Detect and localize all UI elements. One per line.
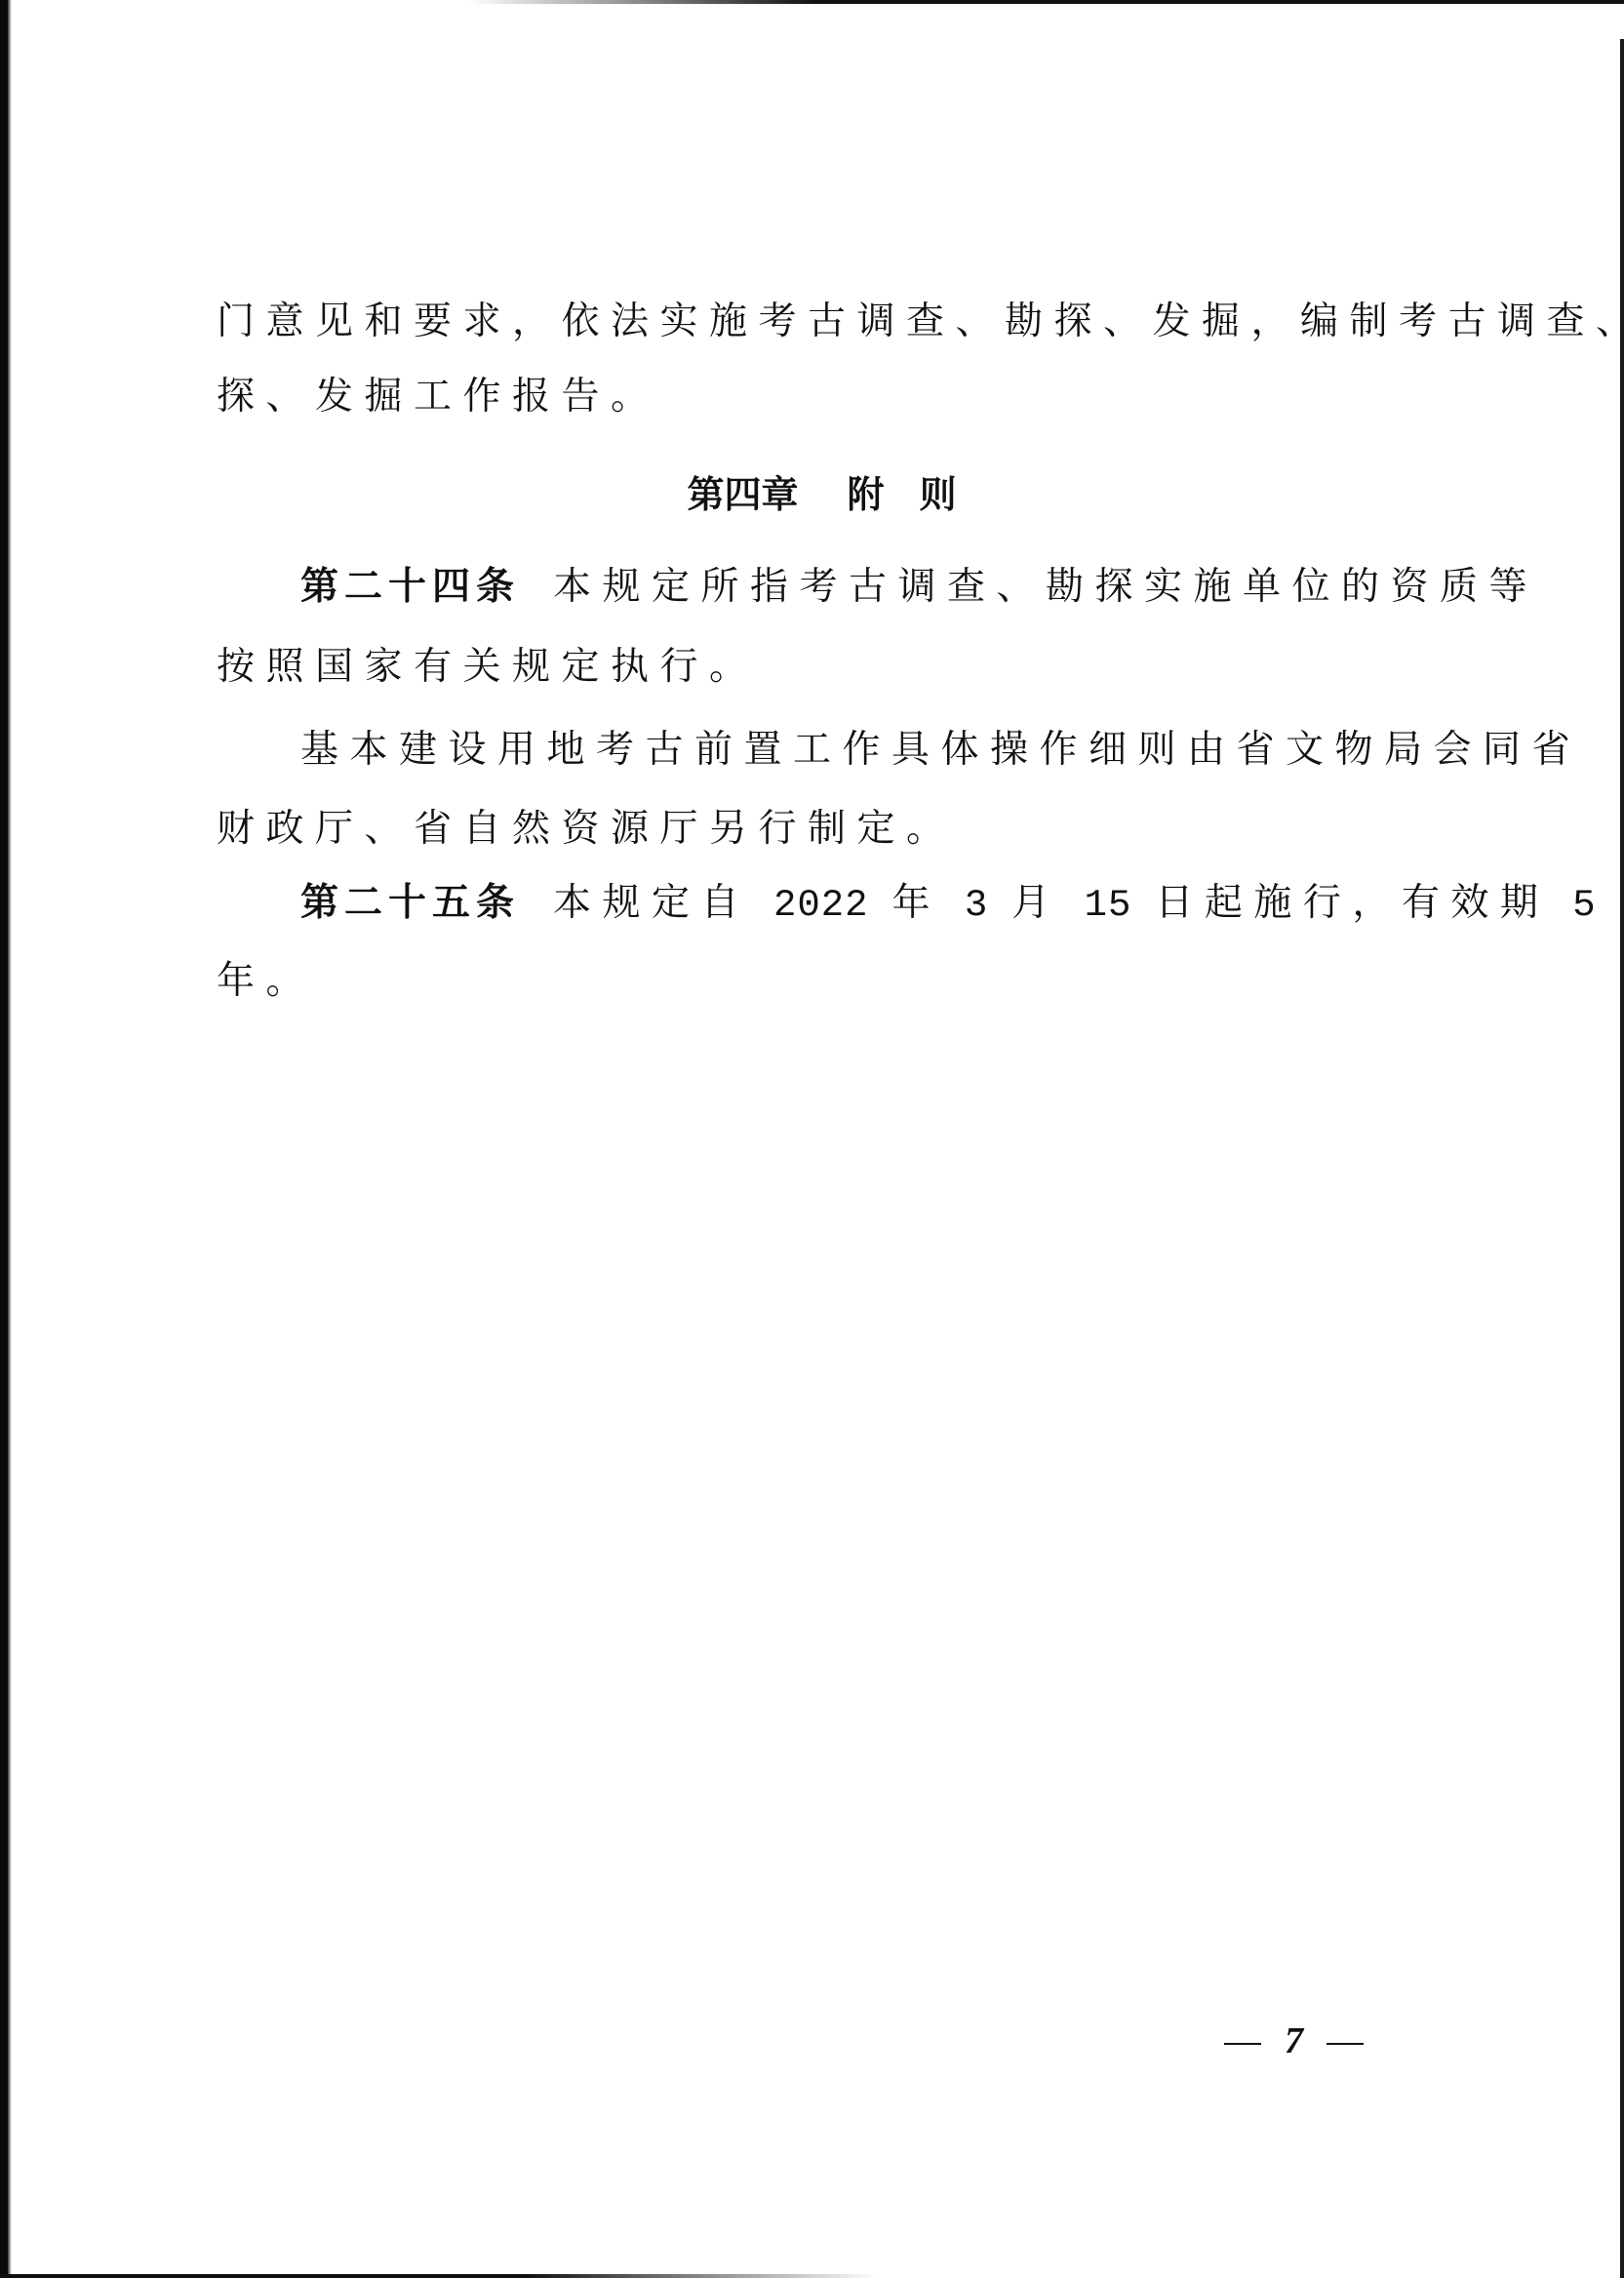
effective-year: 2022 — [773, 884, 869, 927]
article-25-line-1: 第二十五条本规定自 2022 年 3 月 15 日起施行，有效期 5 — [300, 880, 1597, 929]
continuation-line-1: 门意见和要求，依法实施考古调查、勘探、发掘，编制考古调查、勘 — [217, 299, 1624, 345]
page-number-value: 7 — [1285, 2020, 1303, 2061]
article-25-label: 第二十五条 — [300, 881, 520, 925]
article-25-line-2: 年。 — [217, 958, 315, 1005]
chapter-heading: 第四章附则 — [0, 471, 1624, 518]
article-25-text-pre: 本规定自 — [553, 881, 750, 925]
effective-day: 15 — [1085, 884, 1132, 927]
dash-left — [1224, 2043, 1261, 2045]
chapter-title-part2: 则 — [920, 473, 957, 516]
article-24-line-2: 按照国家有关规定执行。 — [217, 644, 759, 691]
paragraph-line-1: 基本建设用地考古前置工作具体操作细则由省文物局会同省 — [300, 727, 1581, 774]
continuation-line-2: 探、发掘工作报告。 — [217, 374, 660, 420]
document-page: 门意见和要求，依法实施考古调查、勘探、发掘，编制考古调查、勘 探、发掘工作报告。… — [0, 0, 1624, 2278]
chapter-number: 第四章 — [687, 473, 798, 516]
validity-years: 5 — [1572, 884, 1596, 927]
year-char: 年 — [891, 881, 941, 925]
page-number: 7 — [1224, 2019, 1364, 2062]
dash-right — [1327, 2043, 1364, 2045]
paragraph-line-2: 财政厅、省自然资源厅另行制定。 — [217, 806, 956, 853]
effective-month: 3 — [965, 884, 988, 927]
article-24-text: 本规定所指考古调查、勘探实施单位的资质等 — [553, 565, 1538, 609]
article-24-label: 第二十四条 — [300, 565, 520, 609]
article-24-line-1: 第二十四条本规定所指考古调查、勘探实施单位的资质等 — [300, 564, 1538, 611]
chapter-title-part1: 附 — [847, 473, 884, 516]
month-char: 月 — [1011, 881, 1061, 925]
day-text: 日起施行，有效期 — [1155, 881, 1549, 925]
